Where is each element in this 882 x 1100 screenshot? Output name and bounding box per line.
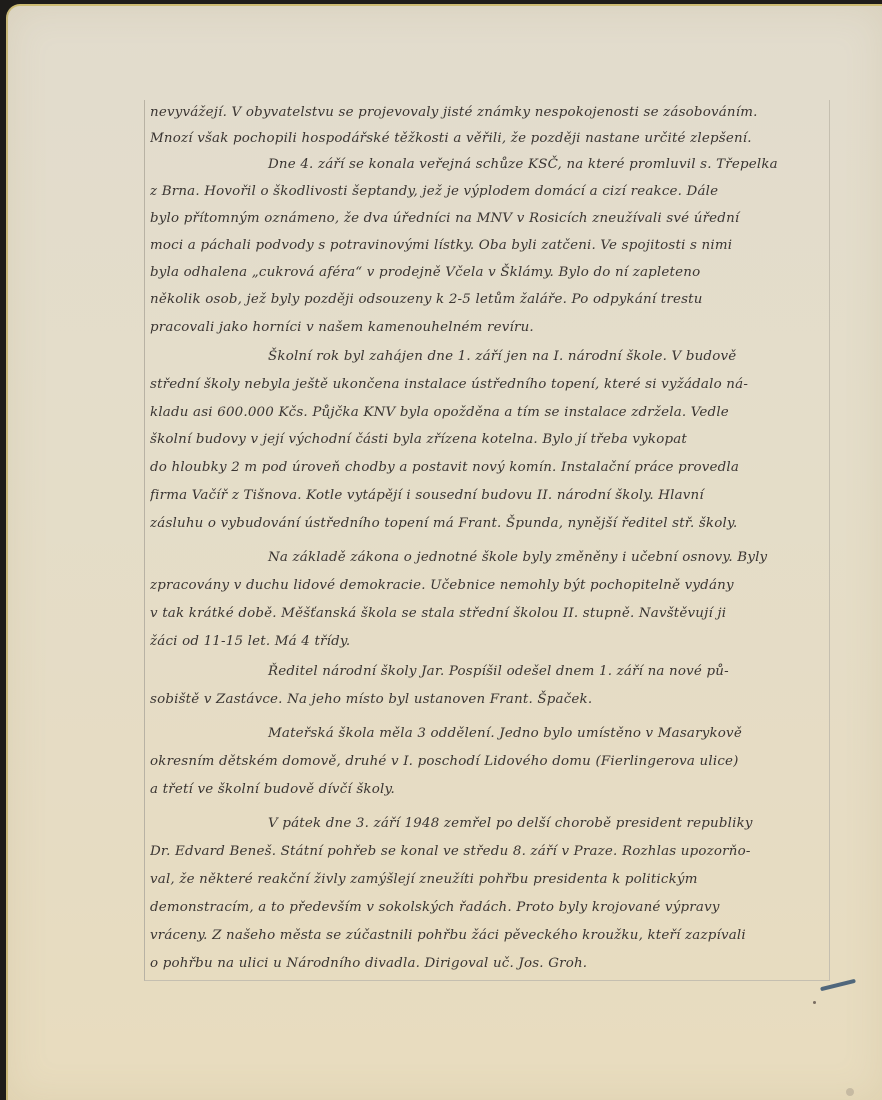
text-line: pracovali jako horníci v našem kamenouhe… (150, 318, 822, 338)
text-line: z Brna. Hovořil o škodlivosti šeptandy, … (150, 182, 822, 202)
text-line: několik osob, jež byly později odsouzeny… (150, 290, 822, 310)
text-line: školní budovy v její východní části byla… (150, 430, 822, 450)
ink-dot (813, 1001, 816, 1004)
paragraph-start-line: Školní rok byl zahájen dne 1. září jen n… (150, 347, 822, 367)
text-line: zásluhu o vybudování ústředního topení m… (150, 514, 822, 534)
text-line: sobiště v Zastávce. Na jeho místo byl us… (150, 690, 822, 710)
text-line: firma Vačíř z Tišnova. Kotle vytápějí i … (150, 486, 822, 506)
paragraph-start-line: Mateřská škola měla 3 oddělení. Jedno by… (150, 724, 822, 744)
text-line: Dr. Edvard Beneš. Státní pohřeb se konal… (150, 842, 822, 862)
text-line: byla odhalena „cukrová aféra“ v prodejně… (150, 263, 822, 283)
paragraph-start-line: V pátek dne 3. září 1948 zemřel po delší… (150, 814, 822, 834)
paper-stain (846, 1088, 854, 1096)
text-line: bylo přítomným oznámeno, že dva úředníci… (150, 209, 822, 229)
text-line: v tak krátké době. Měšťanská škola se st… (150, 604, 822, 624)
text-line: kladu asi 600.000 Kčs. Půjčka KNV byla o… (150, 403, 822, 423)
text-line: Mnozí však pochopili hospodářské těžkost… (150, 129, 822, 149)
text-line: vráceny. Z našeho města se zúčastnili po… (150, 926, 822, 946)
text-line: val, že některé reakční živly zamýšlejí … (150, 870, 822, 890)
text-line: střední školy nebyla ještě ukončena inst… (150, 375, 822, 395)
text-line: a třetí ve školní budově dívčí školy. (150, 780, 822, 800)
paragraph-start-line: Dne 4. září se konala veřejná schůze KSČ… (150, 155, 822, 175)
paragraph-start-line: Na základě zákona o jednotné škole byly … (150, 548, 822, 568)
text-line: do hloubky 2 m pod úroveň chodby a posta… (150, 458, 822, 478)
text-line: žáci od 11-15 let. Má 4 třídy. (150, 632, 822, 652)
text-line: moci a páchali podvody s potravinovými l… (150, 236, 822, 256)
text-line: demonstracím, a to především v sokolskýc… (150, 898, 822, 918)
text-line: okresním dětském domově, druhé v I. posc… (150, 752, 822, 772)
text-line: o pohřbu na ulici u Národního divadla. D… (150, 954, 822, 974)
text-line: zpracovány v duchu lidové demokracie. Uč… (150, 576, 822, 596)
paragraph-start-line: Ředitel národní školy Jar. Pospíšil odeš… (150, 662, 822, 682)
text-line: nevyvážejí. V obyvatelstvu se projevoval… (150, 103, 822, 123)
